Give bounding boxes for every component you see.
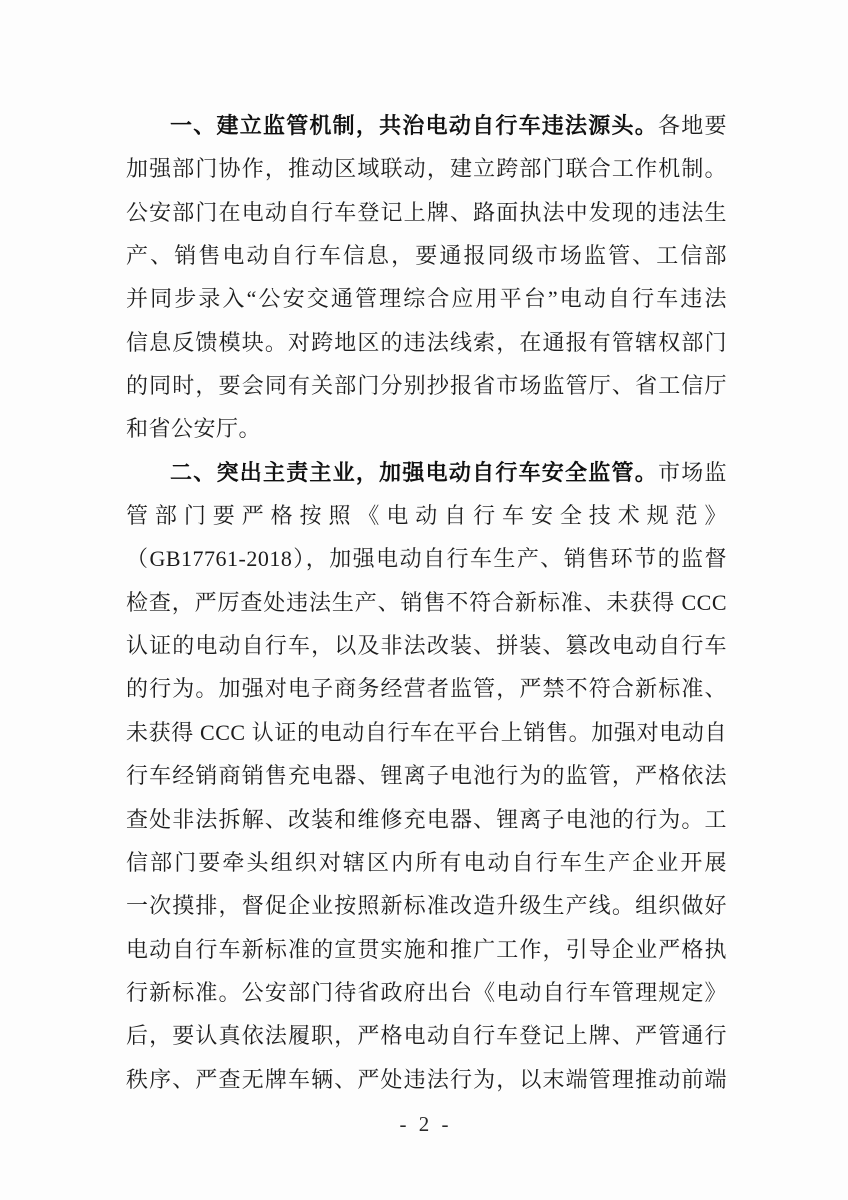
section-1-heading: 一、建立监管机制，共治电动自行车违法源头。 (170, 113, 658, 138)
body-line: 的行为。加强对电子商务经营者监管，严禁不符合新标准、 (126, 667, 727, 710)
section-2-heading: 二、突出主责主业，加强电动自行车安全监管。 (170, 460, 658, 485)
body-line: 认证的电动自行车，以及非法改装、拼装、篡改电动自行车 (126, 624, 727, 667)
body-line: 管部门要严格按照《电动自行车安全技术规范》 (126, 494, 727, 537)
body-line: 并同步录入“公安交通管理综合应用平台”电动自行车违法 (126, 277, 727, 320)
body-line: 查处非法拆解、改装和维修充电器、锂离子电池的行为。工 (126, 798, 727, 841)
body-line-text: 市场监 (658, 460, 727, 485)
page-number: - 2 - (400, 1112, 449, 1137)
body-line: 检查，严厉查处违法生产、销售不符合新标准、未获得 CCC (126, 581, 727, 624)
body-line: 一、建立监管机制，共治电动自行车违法源头。各地要 (126, 104, 727, 147)
body-line: 电动自行车新标准的宣贯实施和推广工作，引导企业严格执 (126, 928, 727, 971)
body-line: 一次摸排，督促企业按照新标准改造升级生产线。组织做好 (126, 884, 727, 927)
body-line: 秩序、严查无牌车辆、严处违法行为，以末端管理推动前端 (126, 1058, 727, 1101)
body-line: 行新标准。公安部门待省政府出台《电动自行车管理规定》 (126, 971, 727, 1014)
body-line: 产、销售电动自行车信息，要通报同级市场监管、工信部门， (126, 234, 727, 277)
body-line-text: 各地要 (658, 113, 727, 138)
body-line: 信部门要牵头组织对辖区内所有电动自行车生产企业开展 (126, 841, 727, 884)
body-line: 未获得 CCC 认证的电动自行车在平台上销售。加强对电动自 (126, 711, 727, 754)
body-line: 公安部门在电动自行车登记上牌、路面执法中发现的违法生 (126, 191, 727, 234)
body-line: 二、突出主责主业，加强电动自行车安全监管。市场监 (126, 451, 727, 494)
body-line: （GB17761-2018），加强电动自行车生产、销售环节的监督 (126, 537, 727, 580)
body-line: 后，要认真依法履职，严格电动自行车登记上牌、严管通行 (126, 1014, 727, 1057)
page-footer: - 2 - (0, 1112, 848, 1137)
body-line: 行车经销商销售充电器、锂离子电池行为的监管，严格依法 (126, 754, 727, 797)
body-line: 加强部门协作，推动区域联动，建立跨部门联合工作机制。 (126, 147, 727, 190)
body-line: 和省公安厅。 (126, 407, 727, 450)
body-line: 的同时，要会同有关部门分别抄报省市场监管厅、省工信厅 (126, 364, 727, 407)
scanned-document-page: 一、建立监管机制，共治电动自行车违法源头。各地要 加强部门协作，推动区域联动，建… (0, 0, 848, 1200)
body-line: 信息反馈模块。对跨地区的违法线索，在通报有管辖权部门 (126, 321, 727, 364)
document-body: 一、建立监管机制，共治电动自行车违法源头。各地要 加强部门协作，推动区域联动，建… (126, 104, 727, 1101)
